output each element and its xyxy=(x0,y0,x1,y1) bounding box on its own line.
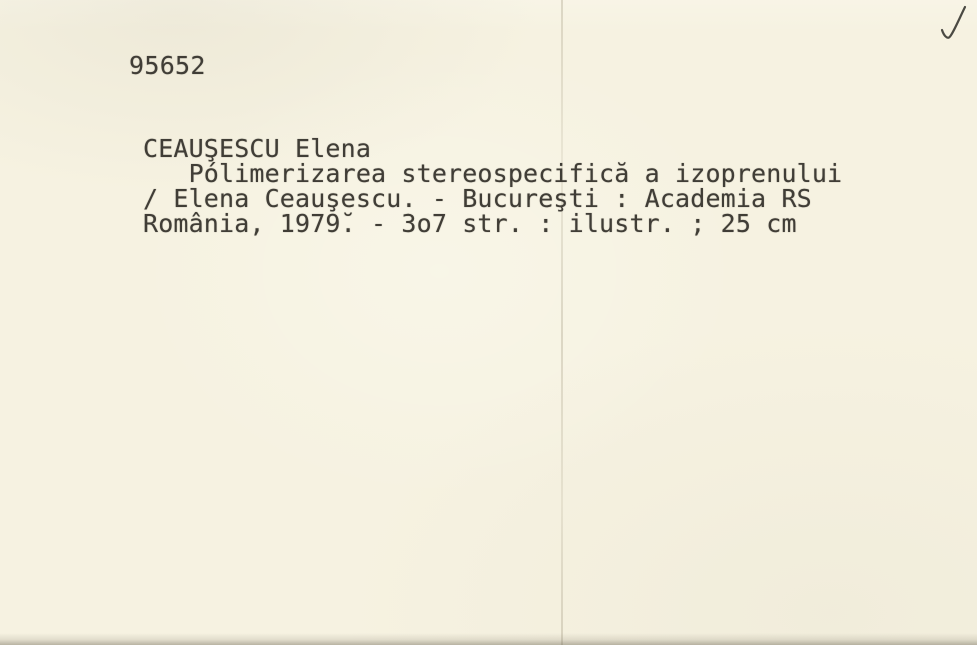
entry-heading-line: CEAUŞESCU Elena xyxy=(143,136,842,161)
catalog-card: 95652 CEAUŞESCU Elena Pólimerizarea ster… xyxy=(0,0,977,645)
card-bottom-edge xyxy=(0,633,977,645)
card-crease-line xyxy=(561,0,563,645)
accession-number: 95652 xyxy=(129,51,206,80)
entry-title-line: Pólimerizarea stereospecifică a izoprenu… xyxy=(143,161,842,186)
entry-imprint-line: România, 1979̆. - 3o7 str. : ilustr. ; 2… xyxy=(143,211,842,236)
entry-statement-line: / Elena Ceauşescu. - Bucureşti : Academi… xyxy=(143,186,842,211)
catalog-entry: CEAUŞESCU Elena Pólimerizarea stereospec… xyxy=(143,136,842,236)
checkmark-icon xyxy=(936,3,970,47)
